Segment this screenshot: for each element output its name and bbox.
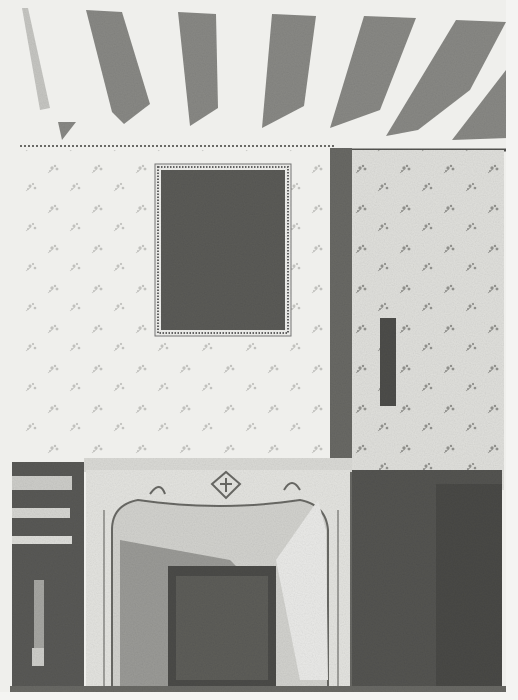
hanging-object xyxy=(380,318,396,406)
dark-panel xyxy=(161,170,285,330)
room-photograph xyxy=(0,0,518,700)
furniture-left xyxy=(12,462,84,688)
photo-canvas xyxy=(0,0,518,700)
floor-edge xyxy=(10,686,510,692)
fireplace xyxy=(84,458,352,688)
wallpaper-right xyxy=(352,150,504,490)
